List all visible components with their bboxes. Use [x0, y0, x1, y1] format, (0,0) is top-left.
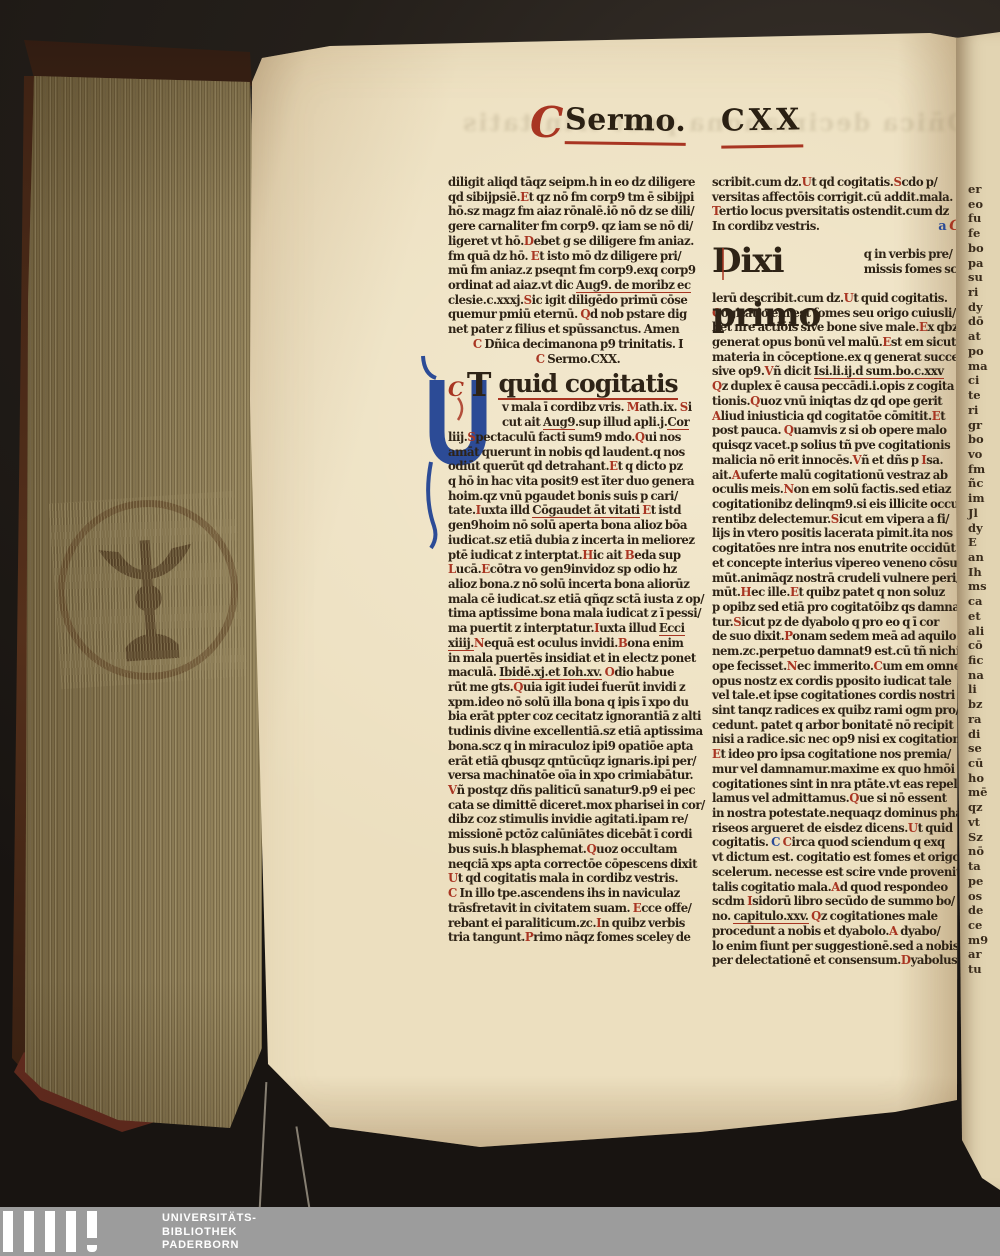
text-segment: gere carnaliter fm corp9. qz iam se nō d… — [448, 219, 693, 233]
text-segment: diligit aliqd tāqz seipm.h in eo dz dili… — [448, 175, 695, 189]
text-line: Ut qd cogitatis mala in cordibz vestris. — [448, 871, 708, 886]
text-fragment: ñc — [968, 476, 988, 491]
text-line: cut ait Aug9.sup illud apli.j.Cor — [448, 415, 708, 430]
text-line: scdm Isidorū libro secūdo de summo bo/ — [712, 894, 964, 909]
text-segment: tionis. — [712, 394, 750, 408]
text-segment: In illo tpe.ascendens ihs in naviculaz — [459, 886, 679, 900]
text-segment: ligeret vt hō. — [448, 234, 524, 248]
text-segment: V — [448, 783, 457, 797]
text-segment: cōtra vo gen9invidoz sp odio hz — [490, 562, 677, 576]
text-segment: bona.scz q in miraculoz ipi9 opatiōe apt… — [448, 739, 693, 753]
text-line: q hō in hac vita posit9 est īter duo gen… — [448, 474, 708, 489]
text-segment: um em omne — [882, 659, 960, 673]
text-line: ait.Auferte malū cogitationū vestraz ab — [712, 468, 964, 483]
text-segment: S — [524, 293, 532, 307]
text-segment: ait. — [712, 468, 732, 482]
text-segment: O — [602, 665, 614, 679]
text-segment: qd sibijpsiē. — [448, 190, 520, 204]
text-segment: N — [474, 636, 484, 650]
text-segment: quemur pmiū eternū. — [448, 307, 580, 321]
text-segment: Q — [809, 909, 821, 923]
text-segment: capitulo.xxv. — [733, 909, 808, 924]
text-fragment: bo — [968, 432, 988, 447]
text-segment: ope fecisset. — [712, 659, 787, 673]
text-fragment: er — [968, 182, 988, 197]
text-segment: de suo dixit. — [712, 629, 784, 643]
text-segment: t quibz patet q non soluz — [798, 585, 944, 599]
text-line: mur vel damnamur.maxime ex quo hmōi — [712, 762, 964, 777]
text-segment: H — [741, 585, 752, 599]
text-segment: Q — [580, 307, 590, 321]
logo-bar — [66, 1211, 76, 1252]
text-line: net pater z filius et spūssanctus. Amen — [448, 322, 708, 337]
text-segment: mala cē iudicat.sz etiā qñqz sctā iusta … — [448, 592, 704, 606]
text-segment: Q — [784, 423, 794, 437]
text-segment: z cogitationes male — [821, 909, 938, 923]
text-segment: d nob pstare dig — [590, 307, 687, 321]
text-line: trāsfretavit in civitatem suam. Ecce off… — [448, 901, 708, 916]
text-segment: liud iniusticia qd cogitatōe cōmitit. — [721, 409, 932, 423]
text-line: opus nostz ex cordis pposito iudicat tal… — [712, 674, 964, 689]
text-fragment: pa — [968, 256, 988, 271]
text-line: iudicat.sz etiā dubia z incerta in melio… — [448, 533, 708, 548]
text-segment: versitas affectōis corrigit.cū addit.mal… — [712, 190, 953, 204]
text-line: tudinis divine excellentiā.sz etiā aptis… — [448, 724, 708, 739]
text-segment: n quibz verbis — [601, 916, 685, 930]
text-segment: quisqz vacet.p solius tñ pve cogitationi… — [712, 438, 950, 452]
text-segment: uoz vnū iniqtas dz qd ope gerit — [760, 394, 942, 408]
text-segment: sidorū libro secūdo de summo bo/ — [752, 894, 955, 908]
text-line: ligeret vt hō.Debet g se diligere fm ani… — [448, 234, 708, 249]
text-fragment: Sz — [968, 830, 988, 845]
logo-bar — [24, 1211, 34, 1252]
text-fragment: at — [968, 329, 988, 344]
text-segment: Q — [750, 394, 760, 408]
text-line: quisqz vacet.p solius tñ pve cogitationi… — [712, 438, 964, 453]
text-segment: scelerum. necesse est scire vnde proveni… — [712, 865, 961, 879]
text-line: vt dictum est. cogitatio est fomes et or… — [712, 850, 964, 865]
text-fragment: nō — [968, 844, 988, 859]
text-fragment: ta — [968, 859, 988, 874]
text-line: de suo dixit.Ponam sedem meā ad aquilo — [712, 629, 964, 644]
text-line: C In illo tpe.ascendens ihs in naviculaz — [448, 886, 708, 901]
text-segment: tudinis divine excellentiā.sz etiā aptis… — [448, 724, 703, 738]
library-name-line: BIBLIOTHEK — [162, 1226, 257, 1240]
text-fragment: di — [968, 727, 988, 742]
text-segment: t qz nō fm corp9 tm ē sibijpi — [529, 190, 694, 204]
text-segment: ucā. — [456, 562, 481, 576]
text-segment: Q — [513, 680, 523, 694]
text-fragment: ca — [968, 594, 988, 609]
text-fragment: na — [968, 668, 988, 683]
text-line: mala cē iudicat.sz etiā qñqz sctā iusta … — [448, 592, 708, 607]
text-segment: ic ait — [593, 548, 625, 562]
text-fragment: fu — [968, 211, 988, 226]
text-fragment: qz — [968, 800, 988, 815]
text-segment: procedunt a nobis et dyabolo. — [712, 924, 889, 938]
text-segment: sive op9. — [712, 364, 764, 378]
text-line: ordinat ad aiaz.vt dic Aug9. de moribz e… — [448, 278, 708, 293]
text-segment: versa machinatōe oīa in xpo crimiabātur. — [448, 768, 693, 782]
text-line: alioz bona.z nō solū incerta bona aliorū… — [448, 577, 708, 592]
text-segment: Cor — [667, 415, 689, 430]
text-line: post pauca. Quamvis z si ob opere malo — [712, 423, 964, 438]
text-fragment: vo — [968, 447, 988, 462]
text-segment: N — [783, 482, 793, 496]
text-segment: U — [844, 291, 854, 305]
text-fragment: an — [968, 550, 988, 565]
text-segment: et concepte interius vipereo veneno cōsu… — [712, 556, 961, 570]
text-segment: ertio locus pversitatis ostendit.cum dz — [719, 204, 949, 218]
text-segment: ic igit diligēdo primū cōse — [532, 293, 688, 307]
text-fragment: vt — [968, 815, 988, 830]
text-segment: cce offe/ — [641, 901, 691, 915]
text-segment: rimo nāqz fomes sceley de — [533, 930, 690, 944]
text-fragment: ri — [968, 403, 988, 418]
text-line: Lucā.Ecōtra vo gen9invidoz sp odio hz — [448, 562, 708, 577]
book-cradle-thread — [259, 1082, 267, 1210]
text-segment: v mala ī cordibz vris. — [502, 400, 627, 414]
text-segment: lo enim fiunt per suggestionē.sed a nobi… — [712, 939, 959, 953]
text-segment: tur. — [712, 615, 733, 629]
text-line: xpm.ideo nō solū illa bona q ipis ī xpo … — [448, 695, 708, 710]
text-segment: ñ dicit — [773, 364, 814, 378]
text-line: procedunt a nobis et dyabolo.A dyabo/ — [712, 924, 964, 939]
text-segment: cut ait — [502, 415, 543, 429]
text-segment: cata se dimittē diceret.mox pharisei in … — [448, 798, 705, 812]
text-segment: rentibz delectemur. — [712, 512, 831, 526]
text-segment: alioz bona.z nō solū incerta bona aliorū… — [448, 577, 689, 591]
text-segment: Sermo.CXX. — [547, 352, 620, 366]
text-segment: Q — [586, 842, 596, 856]
text-line: sint tanqz radices ex quibz rami ogm pro… — [712, 703, 964, 718]
text-line: Dixi primoq in verbis pre/missis fomes s… — [712, 234, 964, 291]
text-fragment: ho — [968, 771, 988, 786]
text-fragment: fm — [968, 462, 988, 477]
text-segment: erāt etiā qbusqz qntūcūqz ignaris.ipi pe… — [448, 754, 696, 768]
text-segment: xpm.ideo nō solū illa bona q ipis ī xpo … — [448, 695, 689, 709]
text-segment: E — [520, 190, 528, 204]
text-line: ptē iudicat z interptat.Hic ait Beda sup — [448, 548, 708, 563]
text-segment: uferte malū cogitationū vestraz ab — [740, 468, 947, 482]
text-line: Vñ postqz dñs paliticū sanatur9.p9 ei pe… — [448, 783, 708, 798]
text-line: clesie.c.xxxj.Sic igit diligēdo primū cō… — [448, 293, 708, 308]
text-segment: Q — [635, 430, 645, 444]
text-fragment: fic — [968, 653, 988, 668]
text-line: et concepte interius vipereo veneno cōsu… — [712, 556, 964, 571]
text-fragment: ci — [968, 373, 988, 388]
text-fragment: bo — [968, 241, 988, 256]
text-segment: yabolus — [911, 953, 958, 967]
text-segment: irca quod sciendum q exq — [791, 835, 944, 849]
text-segment: P — [525, 930, 533, 944]
text-line: tria tangunt.Primo nāqz fomes sceley de — [448, 930, 708, 945]
text-fragment: su — [968, 270, 988, 285]
text-segment: ptē iudicat z interptat. — [448, 548, 582, 562]
text-segment: sa. — [926, 453, 943, 467]
text-line: C Dñica decimanona p9 trinitatis. I — [448, 337, 708, 352]
text-segment: nisi a radice.sic nec op9 nisi ex cogita… — [712, 732, 971, 746]
text-segment: A — [712, 409, 721, 423]
text-segment: amāt querunt in nobis qd laudent.q nos — [448, 445, 685, 459]
text-segment: opus nostz ex cordis pposito iudicat tal… — [712, 674, 951, 688]
text-line: scelerum. necesse est scire vnde proveni… — [712, 865, 964, 880]
text-segment: hō.sz magz fm aiaz rōnalē.iō nō dz se di… — [448, 204, 694, 218]
text-segment: C — [771, 835, 782, 849]
text-segment: ath.ix. — [639, 400, 679, 414]
incipit-text: Dixi primo — [712, 234, 859, 291]
book-cradle-thread — [295, 1126, 310, 1209]
text-segment: Ecci — [659, 621, 685, 636]
text-segment: E — [630, 901, 641, 915]
text-segment: tima aptissime bona mala iudicat z ī pes… — [448, 606, 701, 620]
text-line: missionē pctōz calūniātes dicebāt ī cord… — [448, 827, 708, 842]
text-segment: ec ille. — [751, 585, 790, 599]
text-fragment: im — [968, 491, 988, 506]
text-segment: E — [531, 249, 539, 263]
text-line: lijs in vtero positis lacerata pimit.ita… — [712, 526, 964, 541]
text-segment: xiiij. — [448, 636, 474, 651]
text-line: xiiij.Nequā est oculus invidi.Bona enim — [448, 636, 708, 651]
text-segment: L — [448, 562, 456, 576]
text-segment: A — [831, 880, 840, 894]
text-segment: in mala puertēs insidiat et in electz po… — [448, 651, 696, 665]
text-line: cogitationes sint in nra ptāte.vt eas re… — [712, 777, 964, 792]
text-segment: post pauca. — [712, 423, 784, 437]
text-segment: uxta illud — [599, 621, 659, 635]
text-segment: per delectationē et consensum. — [712, 953, 901, 967]
text-line: erāt etiā qbusqz qntūcūqz ignaris.ipi pe… — [448, 754, 708, 769]
text-segment: E — [882, 335, 890, 349]
text-segment: t q dicto pz — [618, 459, 683, 473]
text-line: lamus vel admittamus.Que si nō essent — [712, 791, 964, 806]
text-fragment: E — [968, 535, 988, 550]
text-segment: rūt me gts. — [448, 680, 513, 694]
text-segment: Aug9. de moribz ec — [576, 278, 691, 293]
text-line: scribit.cum dz.Ut qd cogitatis.Scdo p/ — [712, 175, 964, 190]
text-segment: nem.zc.perpetuo damnat9 est.cū tñ nichil — [712, 644, 964, 658]
text-line: Aliud iniusticia qd cogitatōe cōmitit.Et — [712, 409, 964, 424]
text-segment: p opibz sed etiā pro cogitatōibz qs damn… — [712, 600, 959, 614]
text-segment: cdo p/ — [901, 175, 937, 189]
text-segment: bus suis.h blasphemat. — [448, 842, 586, 856]
text-segment: i — [688, 400, 692, 414]
text-segment: pectaculū facti sum9 mdo. — [475, 430, 635, 444]
text-segment: Q — [849, 791, 859, 805]
text-segment: Isi.li.ij.d sum.bo.c.xxv — [814, 364, 944, 379]
heading-initial: T — [467, 370, 492, 400]
text-segment: cogitatis. — [712, 835, 771, 849]
text-line: p opibz sed etiā pro cogitatōibz qs damn… — [712, 600, 964, 615]
text-segment: mūt. — [712, 585, 741, 599]
text-segment: cogitationes sint in nra ptāte.vt eas re… — [712, 777, 957, 791]
text-line: hoim.qz vnū pgaudet bonis suis p cari/ — [448, 489, 708, 504]
text-segment: hoim.qz vnū pgaudet bonis suis p cari/ — [448, 489, 678, 503]
text-line: amāt querunt in nobis qd laudent.q nos — [448, 445, 708, 460]
text-fragment: ri — [968, 285, 988, 300]
text-line: ma puertit z interptatur.Iuxta illud Ecc… — [448, 621, 708, 636]
text-segment: dyabo/ — [898, 924, 941, 938]
facing-page-sliver: ereofufebopasuridydōatpomaciterigrbovofm… — [956, 32, 1000, 1192]
text-fragment: os — [968, 889, 988, 904]
text-fragment: ra — [968, 712, 988, 727]
text-segment: B — [625, 548, 634, 562]
fore-edge-stamp — [52, 494, 244, 686]
stamp-emblem-icon — [59, 501, 236, 678]
text-segment: cedunt. patet q arbor bonitatē nō recipi… — [712, 718, 953, 732]
text-fragment: ce — [968, 918, 988, 933]
text-line: cogitatōes nre intra nos enutrite occidū… — [712, 541, 964, 556]
library-name-line: UNIVERSITÄTS- — [162, 1212, 257, 1226]
text-column-right: scribit.cum dz.Ut qd cogitatis.Scdo p/ve… — [712, 175, 964, 968]
text-fragment: ma — [968, 359, 988, 374]
text-segment: t quid — [918, 821, 953, 835]
text-segment: z duplex ē causa peccādi.i.opis z cogita — [722, 379, 954, 393]
text-segment: t — [940, 409, 945, 423]
text-segment: st em sicut — [891, 335, 956, 349]
text-segment: ñ postqz dñs paliticū sanatur9.p9 ei pec — [457, 783, 695, 797]
text-line: tionis.Quoz vnū iniqtas dz qd ope gerit — [712, 394, 964, 409]
text-segment: vt dictum est. cogitatio est fomes et or… — [712, 850, 960, 864]
text-segment: lijs in vtero positis lacerata pimit.ita… — [712, 526, 953, 540]
text-line: odiūt querūt qd detrahant.Et q dicto pz — [448, 459, 708, 474]
text-segment: E — [609, 459, 617, 473]
text-segment: lamus vel admittamus. — [712, 791, 849, 805]
text-segment: t ideo pro ipsa cogitatione nos premia/ — [720, 747, 950, 761]
text-line: mūt.animāqz nostrā crudeli vulnere peri/ — [712, 571, 964, 586]
text-segment: uia igit iudei fuerūt invidi z — [523, 680, 685, 694]
text-line: cogitationibz delinqm9.si eis illicite o… — [712, 497, 964, 512]
text-line: per delectationē et consensum.Dyabolus — [712, 953, 964, 968]
text-segment: t qd cogitatis. — [811, 175, 893, 189]
text-column-left: diligit aliqd tāqz seipm.h in eo dz dili… — [448, 175, 708, 945]
text-line: versa machinatōe oīa in xpo crimiabātur. — [448, 768, 708, 783]
text-fragment: po — [968, 344, 988, 359]
leaf-number: CXX — [720, 101, 803, 148]
text-segment: A — [889, 924, 898, 938]
text-line: mū fm aniaz.z pseqnt fm corp9.exq corp9 — [448, 263, 708, 278]
text-segment: C — [536, 352, 547, 366]
text-line: dibz coz stimulis invidie agitati.ipam r… — [448, 812, 708, 827]
text-segment: E — [481, 562, 489, 576]
text-segment: bia erāt ppter coz cecitatz ignorantiā z… — [448, 709, 701, 723]
text-segment: onam sedem meā ad aquilo — [792, 629, 956, 643]
text-segment: ona enim — [627, 636, 683, 650]
text-segment: no. — [712, 909, 733, 923]
text-line: fm quā dz hō. Et isto mō dz diligere pri… — [448, 249, 708, 264]
text-fragment: ms — [968, 579, 988, 594]
text-line: tate.Iuxta illd Cōgaudet āt vitati Et is… — [448, 503, 708, 518]
text-segment: talis cogitatio mala. — [712, 880, 831, 894]
text-fragment: dy — [968, 300, 988, 315]
text-line: Tertio locus pversitatis ostendit.cum dz — [712, 204, 964, 219]
text-segment: uxta illd — [481, 503, 533, 517]
text-segment: net pater z filius et spūssanctus. Amen — [448, 322, 679, 336]
text-segment: eda sup — [634, 548, 680, 562]
text-fragment: se — [968, 741, 988, 756]
text-fragment: tu — [968, 962, 988, 977]
text-segment: malicia nō erit innocēs. — [712, 453, 853, 467]
text-segment: maculā. — [448, 665, 499, 679]
text-line: talis cogitatio mala.Ad quod respondeo — [712, 880, 964, 895]
text-segment: In cordibz vestris. — [712, 219, 820, 233]
rubric-paraph-icon: C — [530, 102, 563, 144]
text-segment: icut pz de dyabolo q pro eo q ī cor — [741, 615, 939, 629]
text-segment: missionē pctōz calūniātes dicebāt ī cord… — [448, 827, 692, 841]
text-segment: fm quā dz hō. — [448, 249, 531, 263]
text-segment: sint tanqz radices ex quibz rami ogm pro… — [712, 703, 959, 717]
text-segment: T — [712, 204, 719, 218]
text-line: riseos argueret de eisdez dicens.Ut quid — [712, 821, 964, 836]
text-segment: V — [853, 453, 862, 467]
text-segment: C — [873, 659, 882, 673]
text-segment: ñ et dñs p — [861, 453, 921, 467]
running-title: Sermo. — [565, 101, 687, 146]
text-fragment: cū — [968, 756, 988, 771]
text-segment: materia in cōceptione.ex q generat succe… — [712, 350, 968, 364]
text-segment: ui nos — [645, 430, 681, 444]
text-line: sive op9.Vñ dicit Isi.li.ij.d sum.bo.c.x… — [712, 364, 964, 379]
text-segment: H — [582, 548, 593, 562]
text-segment: S — [680, 400, 688, 414]
text-line: rūt me gts.Quia igit iudei fuerūt invidi… — [448, 680, 708, 695]
text-line: qd sibijpsiē.Et qz nō fm corp9 tm ē sibi… — [448, 190, 708, 205]
logo-bar — [3, 1211, 13, 1252]
text-fragment: gr — [968, 418, 988, 433]
text-line: oculis meis.Non em solū factis.sed etiaz — [712, 482, 964, 497]
text-segment: vel tale.et ipse cogitationes cordis nos… — [712, 688, 955, 702]
text-fragment: dy — [968, 521, 988, 536]
text-fragment: li — [968, 682, 988, 697]
text-fragment: pe — [968, 874, 988, 889]
text-fragment: mē — [968, 785, 988, 800]
text-line: vel tale.et ipse cogitationes cordis nos… — [712, 688, 964, 703]
text-segment: V — [764, 364, 773, 378]
text-line: maculā. Ibidē.xj.et Ioh.xv. Odio habue — [448, 665, 708, 680]
book-photograph: Dñica decimanona post trinitatis C Sermo… — [0, 0, 1000, 1256]
text-line: in mala puertēs insidiat et in electz po… — [448, 651, 708, 666]
text-segment: neqciā xps apta correctōe cōpescens dixi… — [448, 857, 697, 871]
text-segment: N — [787, 659, 797, 673]
text-fragment: Jl — [968, 506, 988, 521]
text-line: CTquid cogitatis — [448, 366, 708, 400]
text-line: materia in cōceptione.ex q generat succe… — [712, 350, 964, 365]
text-line: liij.Spectaculū facti sum9 mdo.Qui nos — [448, 430, 708, 445]
text-line: C Sermo.CXX. — [448, 352, 708, 367]
text-line: neqciā xps apta correctōe cōpescens dixi… — [448, 857, 708, 872]
text-line: cogitatis. C Circa quod sciendum q exq — [712, 835, 964, 850]
text-line: bus suis.h blasphemat.Quoz occultam — [448, 842, 708, 857]
text-segment: uamvis z si ob opere malo — [793, 423, 946, 437]
text-segment: oculis meis. — [712, 482, 783, 496]
text-segment: x qbz — [927, 320, 958, 334]
library-logo-icon — [3, 1211, 108, 1252]
text-fragment: et — [968, 609, 988, 624]
text-segment: M — [627, 400, 640, 414]
text-segment: t isto mō dz diligere pri/ — [539, 249, 681, 263]
text-segment: tate. — [448, 503, 476, 517]
text-line: quemur pmiū eternū. Qd nob pstare dig — [448, 307, 708, 322]
text-fragment: ar — [968, 947, 988, 962]
text-line: tur.Sicut pz de dyabolo q pro eo q ī cor — [712, 615, 964, 630]
text-segment: uoz occultam — [596, 842, 677, 856]
logo-bar — [45, 1211, 55, 1252]
text-fragment: ali — [968, 624, 988, 639]
text-line: lo enim fiunt per suggestionē.sed a nobi… — [712, 939, 964, 954]
text-segment: Cōgaudet āt vitati — [532, 503, 639, 518]
text-segment: t istd — [651, 503, 681, 517]
text-segment: Dñica decimanona p9 trinitatis. I — [484, 337, 683, 351]
